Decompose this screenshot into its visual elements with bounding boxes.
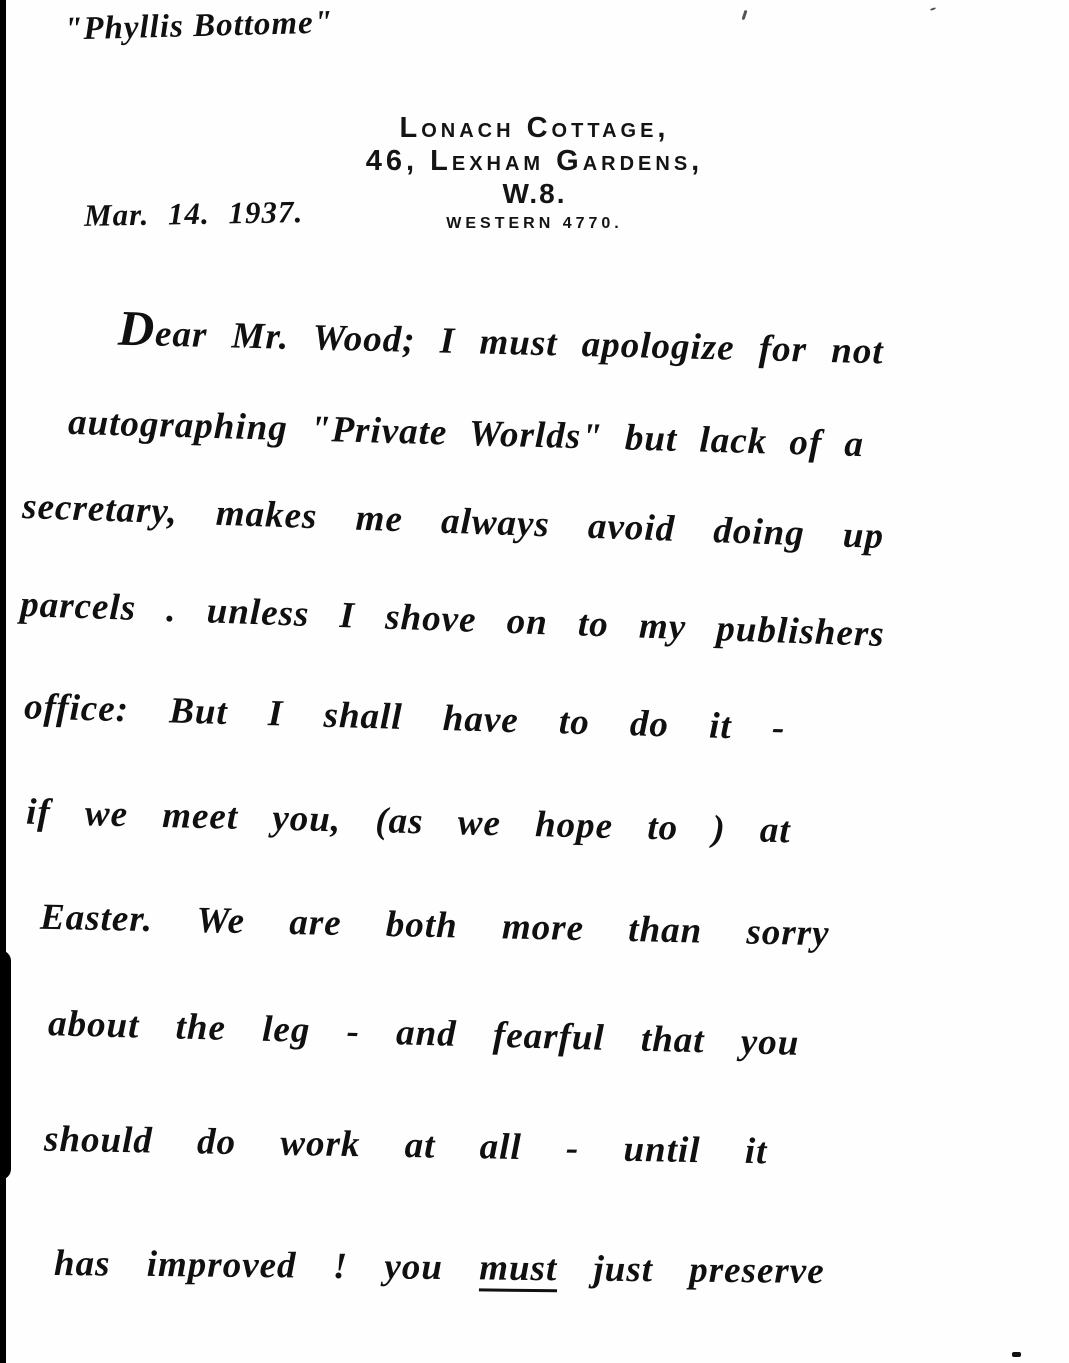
- body-line-3: secretary, makes me always avoid doing u…: [22, 485, 885, 558]
- body-line-6: if we meet you, (as we hope to ) at: [26, 791, 792, 853]
- scan-edge-bump-artifact: [0, 950, 11, 1180]
- body-line-10-pre: has improved ! you: [54, 1243, 480, 1288]
- body-line-10: has improved ! you must just preserve: [54, 1242, 825, 1293]
- scan-speck: [1012, 1352, 1021, 1357]
- body-line-1: Dear Mr. Wood; I must apologize for not: [117, 299, 884, 376]
- underlined-word-must: must: [479, 1247, 557, 1289]
- letter-date: Mar. 14. 1937.: [84, 194, 304, 234]
- body-line-8: about the leg - and fearful that you: [48, 1002, 800, 1065]
- scan-speck: [930, 7, 936, 11]
- body-line-10-post: just preserve: [557, 1248, 825, 1292]
- letter-page: "Phyllis Bottome" Lonach Cottage, 46, Le…: [0, 0, 1069, 1363]
- letterhead-cottage-name: Lonach Cottage,: [0, 112, 1069, 145]
- body-line-5: office: But I shall have to do it -: [24, 685, 786, 749]
- body-line-4: parcels . unless I shove on to my publis…: [20, 583, 886, 656]
- scan-speck: [742, 10, 748, 20]
- body-line-9: should do work at all - until it: [44, 1118, 768, 1174]
- body-line-2: autographing "Private Worlds" but lack o…: [68, 401, 865, 466]
- author-name-annotation: "Phyllis Bottome": [64, 4, 334, 48]
- body-line-7: Easter. We are both more than sorry: [40, 896, 830, 956]
- letterhead-street-address: 46, Lexham Gardens,: [0, 145, 1069, 178]
